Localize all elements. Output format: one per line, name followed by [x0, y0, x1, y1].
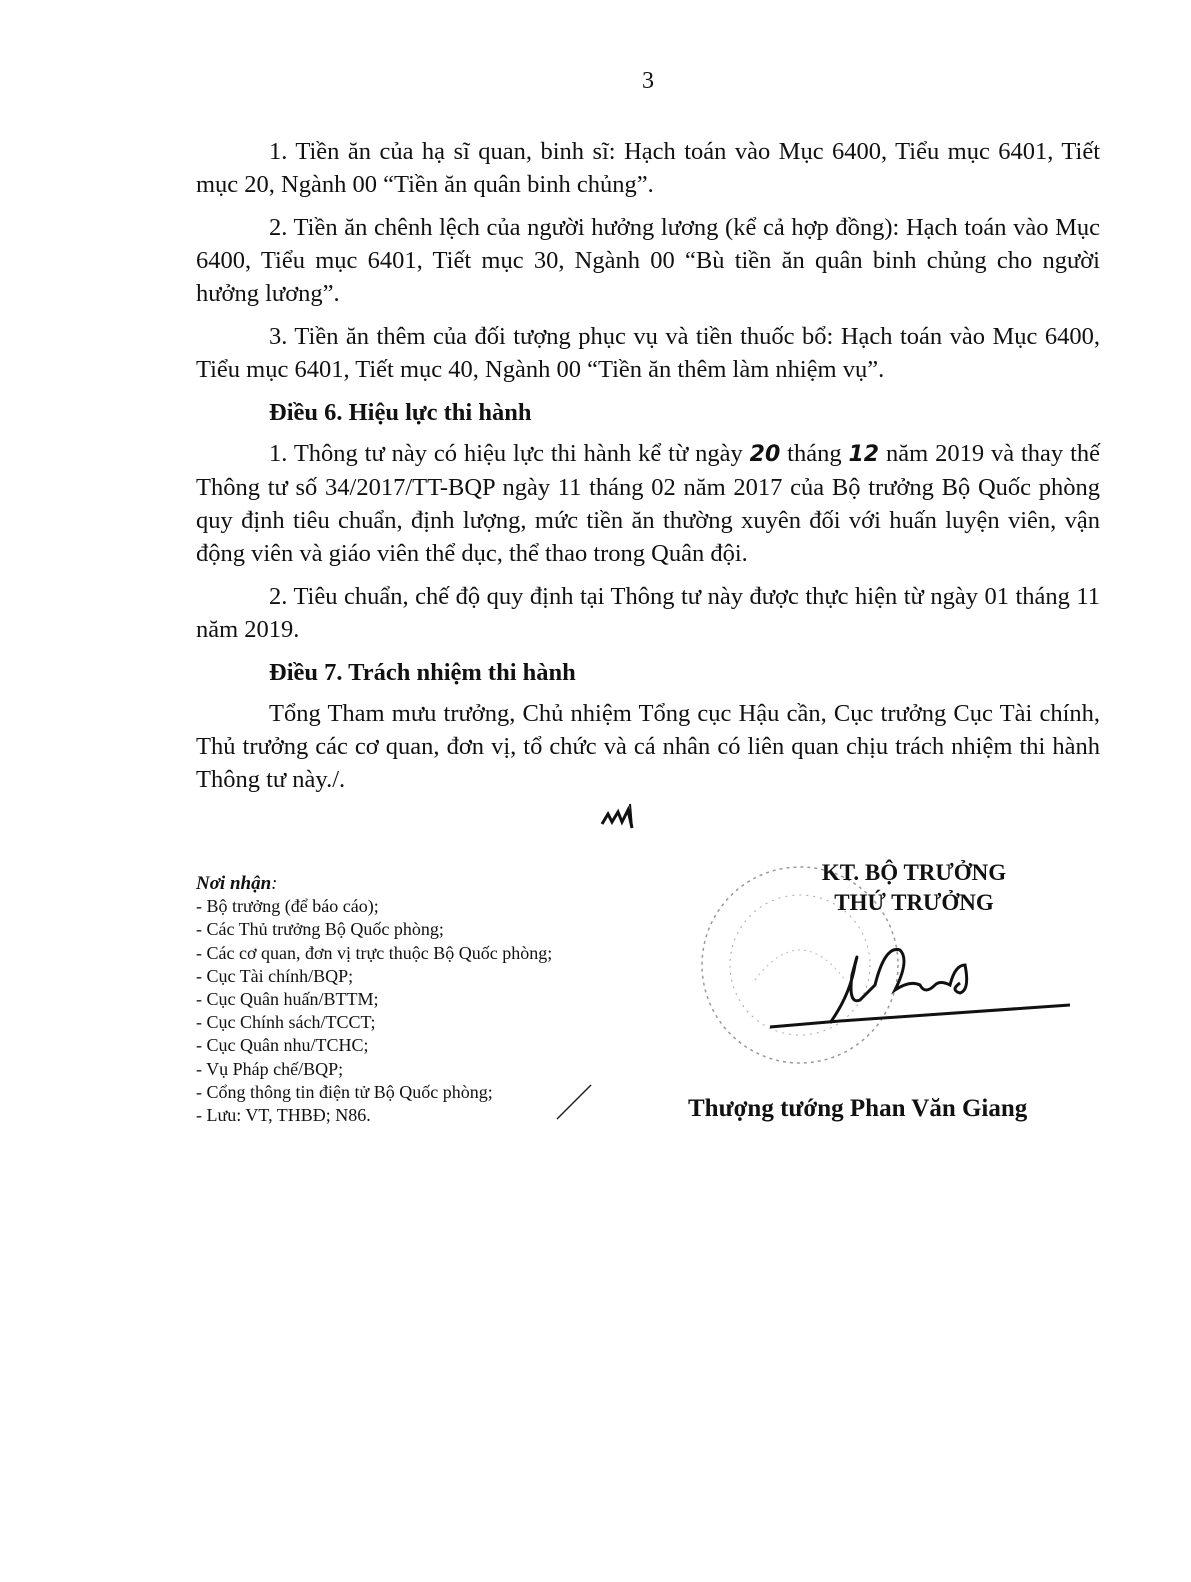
recipient-item: - Cổng thông tin điện tử Bộ Quốc phòng; [196, 1081, 552, 1104]
recipient-item: - Các cơ quan, đơn vị trực thuộc Bộ Quốc… [196, 942, 552, 965]
signer-role-line-2: THỨ TRƯỞNG [704, 888, 1124, 918]
item-1: 1. Tiền ăn của hạ sĩ quan, binh sĩ: Hạch… [196, 135, 1100, 201]
text: 1. Thông tư này có hiệu lực thi hành kể … [269, 440, 750, 467]
recipients-list: - Bộ trưởng (để báo cáo); - Các Thủ trưở… [196, 895, 552, 1127]
signer-name: Thượng tướng Phan Văn Giang [688, 1095, 1027, 1123]
recipient-item: - Bộ trưởng (để báo cáo); [196, 895, 552, 918]
recipient-item: - Cục Chính sách/TCCT; [196, 1011, 552, 1034]
signature-block: KT. BỘ TRƯỞNG THỨ TRƯỞNG Thượng tướng Ph… [680, 855, 1100, 1145]
article-6-paragraph-1: 1. Thông tư này có hiệu lực thi hành kể … [196, 437, 1100, 570]
handwritten-signature-icon [760, 935, 1080, 1035]
recipient-item: - Cục Quân nhu/TCHC; [196, 1034, 552, 1057]
article-7-paragraph-1: Tổng Tham mưu trưởng, Chủ nhiệm Tổng cục… [196, 697, 1100, 796]
initial-mark-icon [598, 800, 638, 830]
recipients-title-text: Nơi nhận [196, 873, 271, 894]
item-2: 2. Tiền ăn chênh lệch của người hưởng lư… [196, 211, 1100, 310]
colon: : [271, 873, 277, 894]
recipient-item: - Các Thủ trưởng Bộ Quốc phòng; [196, 918, 552, 941]
signer-role-line-1: KT. BỘ TRƯỞNG [704, 858, 1124, 888]
item-3: 3. Tiền ăn thêm của đối tượng phục vụ và… [196, 320, 1100, 386]
signer-role: KT. BỘ TRƯỞNG THỨ TRƯỞNG [704, 858, 1124, 918]
recipient-item: - Cục Tài chính/BQP; [196, 965, 552, 988]
check-mark-icon [555, 1083, 595, 1123]
recipient-item: - Cục Quân huấn/BTTM; [196, 988, 552, 1011]
article-6-heading: Điều 6. Hiệu lực thi hành [196, 396, 1100, 429]
handwritten-day: 20 [750, 442, 781, 467]
text: tháng [780, 440, 848, 467]
page-number: 3 [0, 68, 1191, 95]
recipients-block: Nơi nhận: - Bộ trưởng (để báo cáo); - Cá… [196, 872, 552, 1127]
article-7-heading: Điều 7. Trách nhiệm thi hành [196, 656, 1100, 689]
article-6-paragraph-2: 2. Tiêu chuẩn, chế độ quy định tại Thông… [196, 580, 1100, 646]
recipient-item: - Lưu: VT, THBĐ; N86. [196, 1104, 552, 1127]
recipient-item: - Vụ Pháp chế/BQP; [196, 1058, 552, 1081]
handwritten-month: 12 [849, 442, 880, 467]
document-body: 1. Tiền ăn của hạ sĩ quan, binh sĩ: Hạch… [196, 135, 1100, 806]
recipients-title: Nơi nhận: [196, 872, 552, 895]
